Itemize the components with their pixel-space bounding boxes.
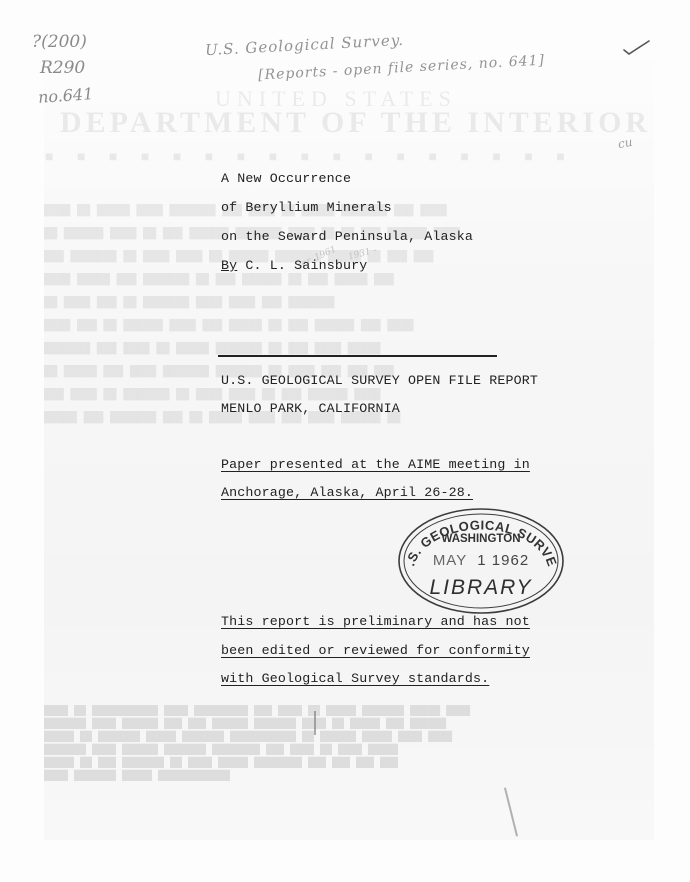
disclaimer-line-3: with Geological Survey standards. (221, 671, 489, 686)
disclaimer-line-1: This report is preliminary and has not (221, 614, 530, 629)
call-number-line-2: R290 (40, 58, 85, 78)
scanned-page: UNITED STATES DEPARTMENT OF THE INTERIOR… (0, 0, 690, 882)
report-location: MENLO PARK, CALIFORNIA (221, 401, 400, 416)
stamp-month: MAY (433, 552, 467, 569)
check-icon (622, 38, 652, 58)
presentation-note-line-1: Paper presented at the AIME meeting in (221, 457, 530, 472)
library-stamp: U.S. GEOLOGICAL SURVEY WASHINGTON MAY 1 … (396, 506, 566, 616)
call-number-line-3: no.641 (37, 84, 93, 107)
svg-text:WASHINGTON: WASHINGTON (441, 533, 520, 545)
title-line-2: of Beryllium Minerals (221, 200, 392, 215)
stamp-day-year: 1 1962 (477, 552, 529, 569)
byline-author: C. L. Sainsbury (245, 258, 367, 273)
stamp-date: MAY 1 1962 (396, 552, 566, 569)
handwritten-margin-note: cu (617, 135, 634, 151)
bleed-through-rule: ■ ■ ■ ■ ■ ■ ■ ■ ■ ■ ■ ■ ■ ■ ■ ■ ■ (45, 150, 575, 166)
stamp-library-label: LIBRARY (396, 576, 566, 600)
horizontal-rule (218, 355, 497, 357)
bleed-through-footnotes: ████ ██ ███████████ ████ █████████ ███ █… (44, 705, 654, 783)
byline-prefix: By (221, 258, 237, 273)
title-line-3: on the Seward Peninsula, Alaska (221, 229, 473, 244)
title-line-1: A New Occurrence (221, 171, 351, 186)
disclaimer-line-2: been edited or reviewed for conformity (221, 643, 530, 658)
bleed-through-header-2: DEPARTMENT OF THE INTERIOR (60, 106, 651, 140)
call-number-line-1: ?(200) (32, 32, 87, 52)
byline: By C. L. Sainsbury (221, 258, 367, 273)
presentation-note-line-2: Anchorage, Alaska, April 26-28. (221, 485, 473, 500)
stray-pencil-mark (314, 711, 316, 735)
report-series: U.S. GEOLOGICAL SURVEY OPEN FILE REPORT (221, 373, 538, 388)
